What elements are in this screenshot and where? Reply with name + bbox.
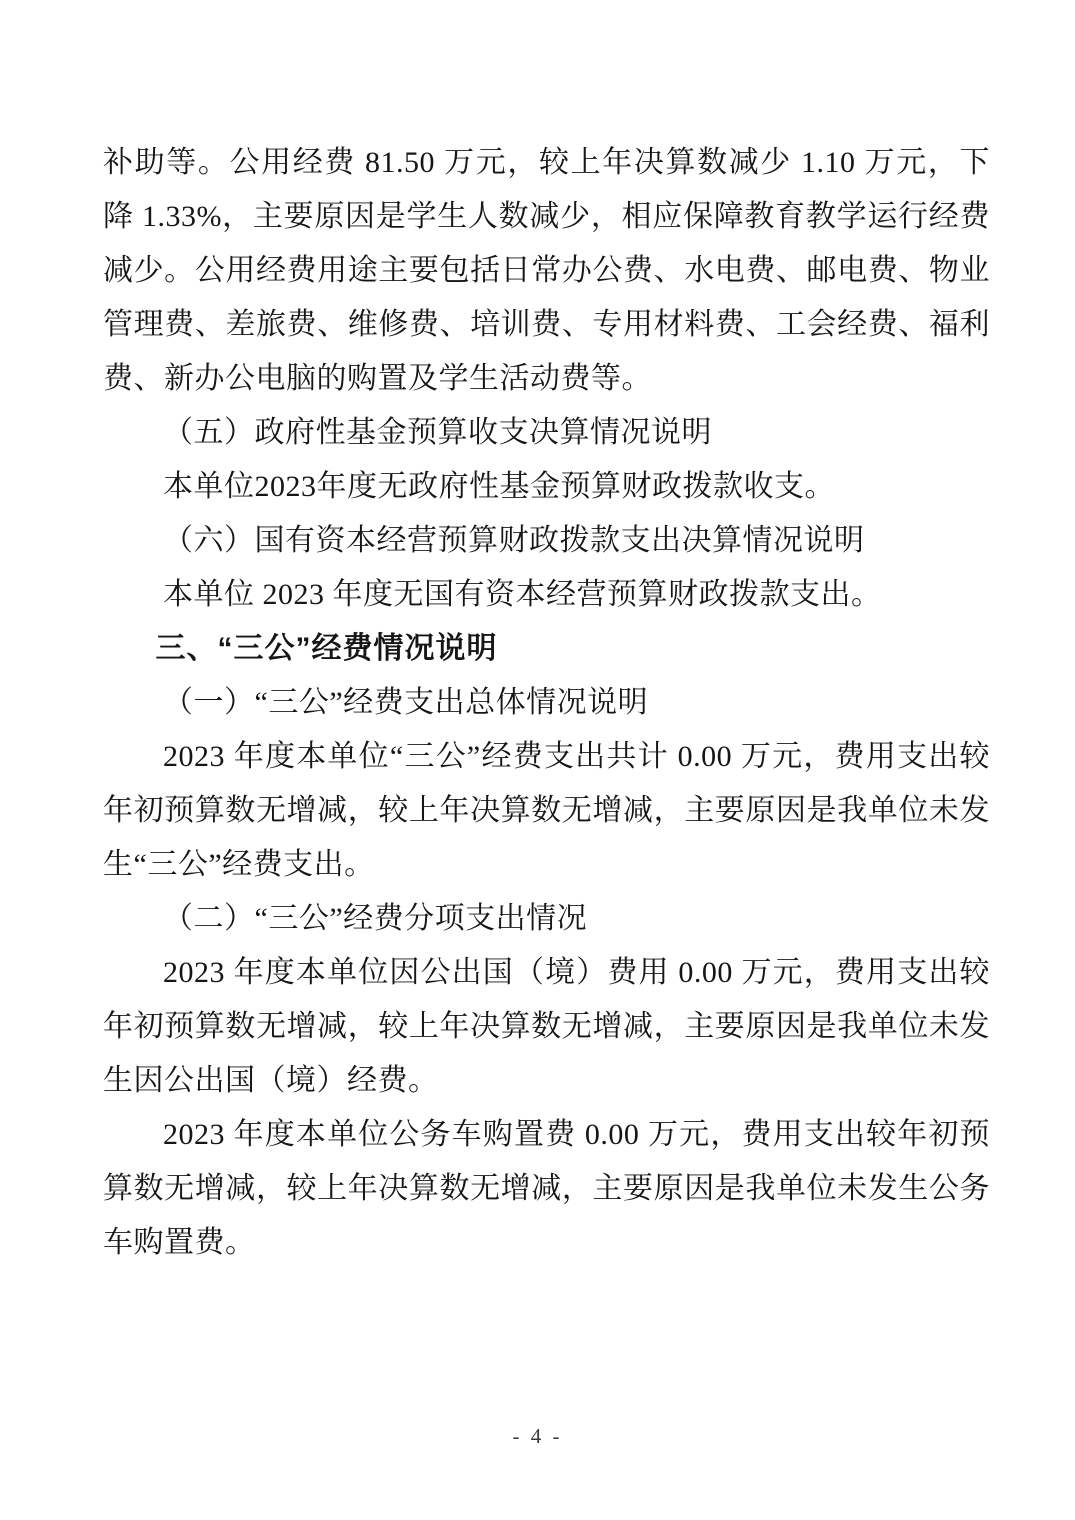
section-subheading: （一）“三公”经费支出总体情况说明	[103, 676, 990, 730]
section-subheading: （五）政府性基金预算收支决算情况说明	[103, 406, 990, 460]
section-heading: 三、“三公”经费情况说明	[103, 622, 990, 676]
paragraph: 2023 年度本单位因公出国（境）费用 0.00 万元，费用支出较年初预算数无增…	[103, 946, 990, 1108]
document-page: 补助等。公用经费 81.50 万元，较上年决算数减少 1.10 万元，下降 1.…	[0, 0, 1075, 1520]
section-subheading: （二）“三公”经费分项支出情况	[103, 892, 990, 946]
document-content: 补助等。公用经费 81.50 万元，较上年决算数减少 1.10 万元，下降 1.…	[103, 136, 990, 1270]
paragraph: 本单位 2023 年度无国有资本经营预算财政拨款支出。	[103, 568, 990, 622]
paragraph: 2023 年度本单位公务车购置费 0.00 万元，费用支出较年初预算数无增减，较…	[103, 1108, 990, 1270]
paragraph: 2023 年度本单位“三公”经费支出共计 0.00 万元，费用支出较年初预算数无…	[103, 730, 990, 892]
section-subheading: （六）国有资本经营预算财政拨款支出决算情况说明	[103, 514, 990, 568]
paragraph-continued: 补助等。公用经费 81.50 万元，较上年决算数减少 1.10 万元，下降 1.…	[103, 136, 990, 406]
paragraph: 本单位2023年度无政府性基金预算财政拨款收支。	[103, 460, 990, 514]
page-footer: - 4 -	[0, 1424, 1075, 1449]
page-number: - 4 -	[513, 1424, 563, 1448]
